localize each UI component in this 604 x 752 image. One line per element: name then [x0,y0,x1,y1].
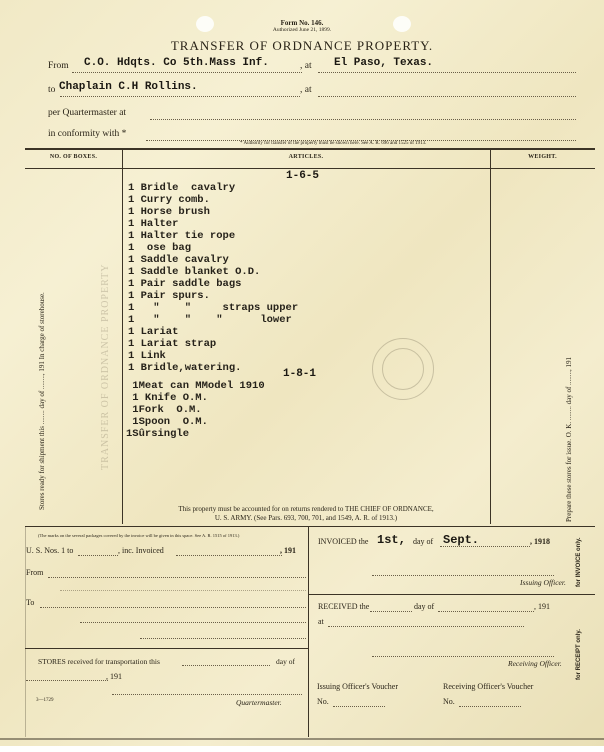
stores-day-of-label: day of [276,657,295,666]
issuing-voucher-no-label: No. [317,697,329,706]
header-articles: ARTICLES. [122,154,490,160]
to-at-line[interactable] [318,96,576,97]
form-number: Form No. 146. [0,19,604,27]
article-item: 1 " " straps upper [128,302,298,314]
header-no-of-boxes: NO. OF BOXES. [25,154,122,160]
ghost-stamp-text: TRANSFER OF ORDNANCE PROPERTY [100,264,111,471]
from-value[interactable]: C.O. Hdqts. Co 5th.Mass Inf. [84,57,269,69]
table-bottom-rule [25,526,595,527]
article-item: 1 Horse brush [128,206,298,218]
bottom-col-divider [308,527,309,737]
to-at-label: , at [300,85,312,95]
article-item: 1 ose bag [128,242,298,254]
stores-year: , 191 [106,672,122,681]
ship-to-label: To [26,598,34,607]
ship-from-line[interactable] [48,577,306,578]
authorized-date: Authorized June 21, 1899. [0,27,604,33]
ship-to-line[interactable] [40,607,306,608]
invoiced-month-value[interactable]: Sept. [443,533,479,547]
bottom-left-border [25,527,26,737]
issuing-voucher-label: Issuing Officer's Voucher [317,682,398,691]
from-at-line [318,72,576,73]
article-item: 1 Curry comb. [128,194,298,206]
article-item: 1 Link [128,350,298,362]
articles-list-2: 1Meat can MModel 1910 1 Knife O.M. 1Fork… [126,380,265,440]
from-at-value[interactable]: El Paso, Texas. [334,57,433,69]
quartermaster-label: Quartermaster. [236,698,282,707]
transfer-form-document: Form No. 146. Authorized June 21, 1899. … [0,0,604,746]
article-item: 1Spoon O.M. [126,416,265,428]
accountability-note: This property must be accounted for on r… [122,505,490,523]
article-item: 1Meat can MModel 1910 [126,380,265,392]
article-item: 1 Halter tie rope [128,230,298,242]
ordnance-seal-inner-icon [382,348,424,390]
invoiced-year[interactable]: , 1918 [530,537,550,546]
article-item: 1 Lariat strap [128,338,298,350]
from-at-label: , at [300,61,312,71]
quartermaster-signature-line[interactable] [112,694,302,695]
to-line [60,96,300,97]
article-item: 1 " " " lower [128,314,298,326]
receiving-voucher-no-line[interactable] [459,706,521,707]
issuing-officer-label: Issuing Officer. [520,578,566,587]
article-item: 1 Pair spurs. [128,290,298,302]
issuing-officer-signature-line[interactable] [372,575,554,576]
received-day-line[interactable] [370,611,412,612]
us-nos-label: U. S. Nos. 1 to [26,546,73,555]
for-receipt-only-label: for RECEIPT only. [576,629,582,680]
invoiced-label: , inc. Invoiced [118,546,164,555]
form-code: 3—1729 [36,698,54,703]
invoiced-day-value[interactable]: 1st, [377,533,406,547]
document-title: TRANSFER OF ORDNANCE PROPERTY. [0,38,604,54]
group2-code: 1-8-1 [283,368,316,380]
received-month-line[interactable] [438,611,534,612]
article-item: 1 Saddle cavalry [128,254,298,266]
col-divider-weight [490,149,491,524]
col-divider-boxes [122,149,123,524]
table-top-rule [25,148,595,150]
article-item: 1 Pair saddle bags [128,278,298,290]
articles-list-1: 1 Bridle cavalry 1 Curry comb. 1 Horse b… [128,182,298,374]
received-year: , 191 [534,602,550,611]
ship-to-line-3[interactable] [140,638,306,639]
prepare-stores-vertical-text: Prepare these stores for issue. O. K. ..… [565,357,573,522]
article-item: 1 Lariat [128,326,298,338]
us-nos-line[interactable] [78,555,118,556]
paper-bottom-edge [0,738,604,740]
invoice-receipt-divider [308,594,595,595]
received-day-of-label: day of [414,602,434,611]
stores-received-day-line[interactable] [182,665,270,666]
article-item: 1 Bridle,watering. [128,362,298,374]
article-item: 1 Halter [128,218,298,230]
authority-note: * Authority for transfer of the property… [240,141,426,146]
invoiced-line[interactable] [176,555,282,556]
article-item: 1 Bridle cavalry [128,182,298,194]
receiving-voucher-label: Receiving Officer's Voucher [443,682,533,691]
per-quartermaster-label: per Quartermaster at [48,108,126,118]
group1-code: 1-6-5 [286,170,319,182]
receiving-officer-label: Receiving Officer. [508,659,562,668]
ship-from-line-2[interactable] [60,590,306,591]
stores-ready-vertical-text: Stores ready for shipment this ........ … [38,292,46,510]
header-rule [25,168,595,169]
per-quartermaster-line[interactable] [150,119,576,120]
stores-received-rule [25,648,308,649]
to-value[interactable]: Chaplain C.H Rollins. [59,81,198,93]
stores-received-label: STORES received for transportation this [38,657,160,666]
from-line [72,72,302,73]
ship-from-label: From [26,568,43,577]
conformity-label: in conformity with * [48,129,126,139]
header-weight: WEIGHT. [490,154,595,160]
ship-to-line-2[interactable] [80,622,306,623]
invoiced-year: , 191 [280,546,296,555]
issuing-voucher-no-line[interactable] [333,706,385,707]
invoiced-month-line [440,546,530,547]
invoiced-the-label: INVOICED the [318,537,368,546]
article-item: 1Fork O.M. [126,404,265,416]
article-item: 1 Saddle blanket O.D. [128,266,298,278]
received-at-line[interactable] [328,626,524,627]
to-label: to [48,85,55,95]
received-the-label: RECEIVED the [318,602,369,611]
invoiced-day-of-label: day of [413,537,433,546]
article-item: 1 Knife O.M. [126,392,265,404]
from-label: From [48,61,69,71]
received-at-label: at [318,617,324,626]
for-invoice-only-label: for INVOICE only. [576,537,582,587]
receiving-voucher-no-label: No. [443,697,455,706]
receiving-officer-signature-line[interactable] [372,656,554,657]
stores-month-line[interactable] [26,680,108,681]
article-item: 1Sûrsingle [126,428,265,440]
marks-note: (The marks on the several packages cover… [38,533,239,538]
